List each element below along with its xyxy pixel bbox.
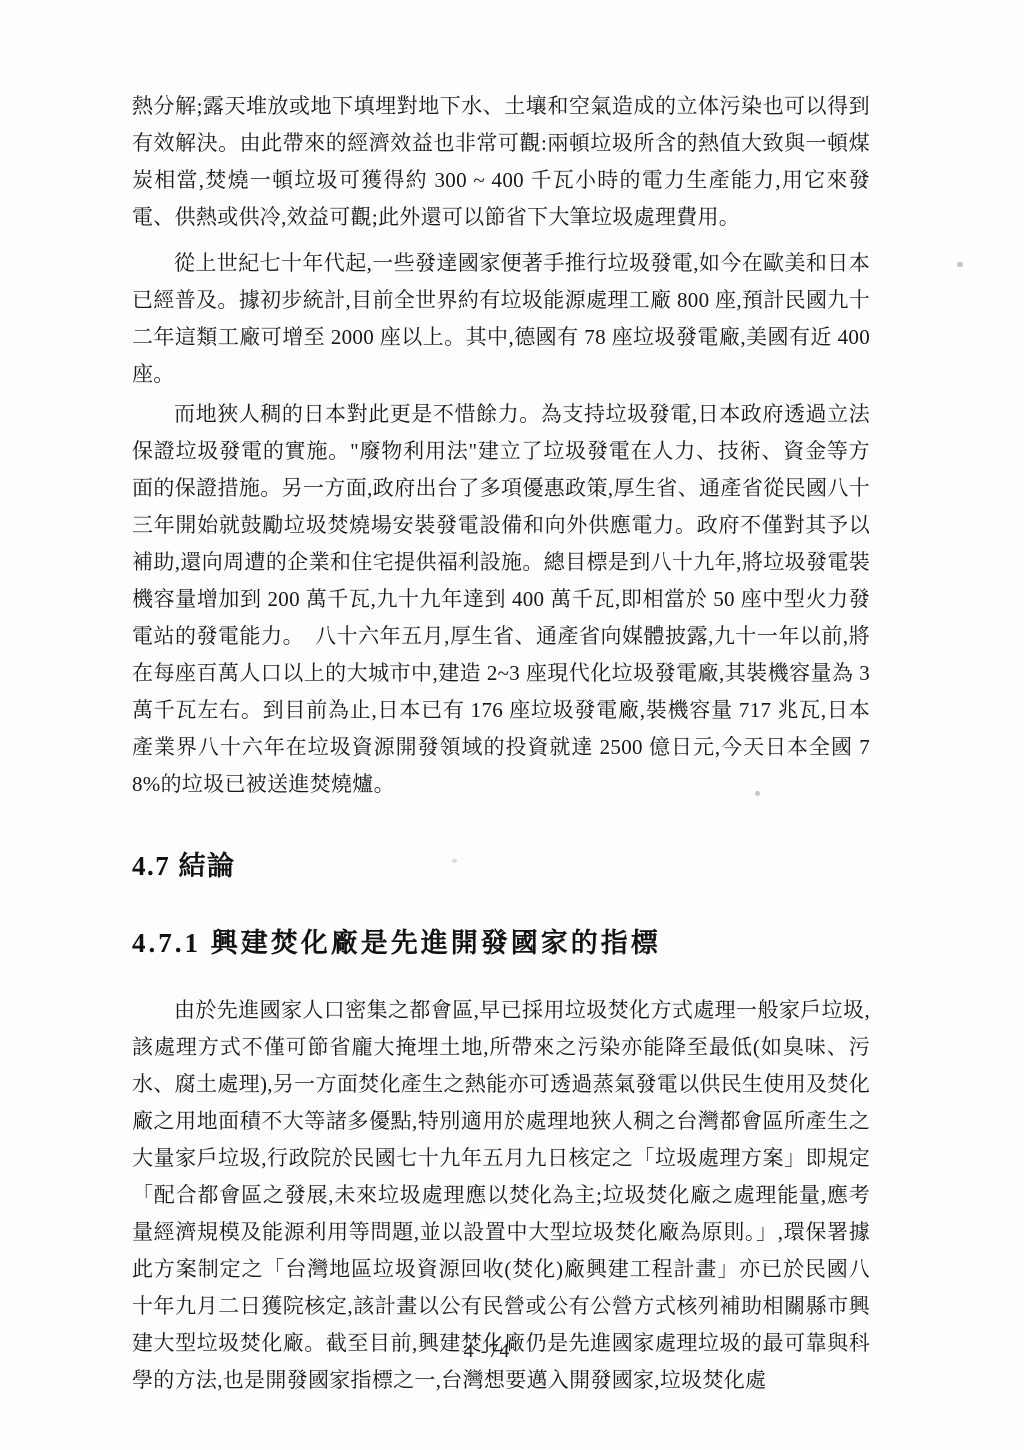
paragraph: 由於先進國家人口密集之都會區,早已採用垃圾焚化方式處理一般家戶垃圾,該處理方式不…: [132, 992, 870, 1399]
paragraph: 從上世紀七十年代起,一些發達國家便著手推行垃圾發電,如今在歐美和日本已經普及。據…: [132, 245, 870, 393]
document-page: 熱分解;露天堆放或地下填埋對地下水、土壤和空氣造成的立体污染也可以得到有效解決。…: [0, 0, 1024, 1450]
scan-speck: [452, 859, 457, 863]
subsection-heading: 4.7.1 興建焚化廠是先進開發國家的指標: [132, 921, 870, 960]
paragraph-continuation: 熱分解;露天堆放或地下填埋對地下水、土壤和空氣造成的立体污染也可以得到有效解決。…: [132, 88, 870, 236]
scan-speck: [755, 791, 760, 796]
scan-speck: [957, 262, 963, 267]
section-heading: 4.7 結論: [132, 844, 870, 883]
paragraph: 而地狹人稠的日本對此更是不惜餘力。為支持垃圾發電,日本政府透過立法保證垃圾發電的…: [132, 396, 870, 803]
page-number: 4 -74: [132, 1340, 842, 1363]
